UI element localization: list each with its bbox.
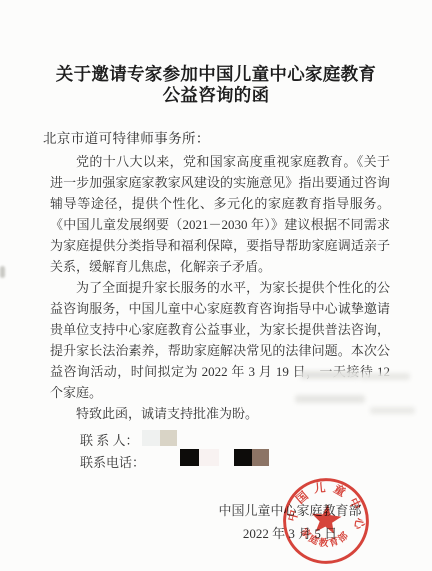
stamp-bottom-text: 家庭教育部	[297, 524, 353, 552]
redaction-phone-block-1	[180, 449, 199, 466]
redaction-phone-block-3	[252, 449, 269, 466]
body-paragraph-1: 党的十八大以来，党和国家高度重视家庭教育。《关于进一步加强家庭家教家风建设的实施…	[50, 151, 390, 277]
letter-page: 关于邀请专家参加中国儿童中心家庭教育公益咨询的函 北京市道可特律师事务所： 党的…	[0, 0, 432, 571]
document-title-text: 关于邀请专家参加中国儿童中心家庭教育公益咨询的函	[55, 64, 377, 106]
redaction-phone-blur	[199, 449, 219, 466]
official-stamp: 中国儿童中心 家庭教育部	[275, 470, 376, 571]
addressee-line: 北京市道可特律师事务所：	[43, 127, 210, 147]
body-paragraph-3: 特致此函，诚请支持批准为盼。	[50, 403, 390, 424]
document-title: 关于邀请专家参加中国儿童中心家庭教育公益咨询的函	[0, 64, 432, 106]
scan-artifact	[0, 266, 5, 278]
contact-block: 联 系 人： 联系电话：	[80, 430, 145, 474]
contact-phone-label: 联系电话：	[80, 452, 145, 474]
body-paragraph-2: 为了全面提升家长服务的水平，为家长提供个性化的公益咨询服务，中国儿童中心家庭教育…	[50, 277, 390, 403]
redaction-name-blur-1	[142, 430, 160, 446]
redaction-name-blur-2	[160, 430, 177, 446]
scan-artifact	[360, 373, 410, 380]
scan-artifact	[300, 371, 360, 379]
contact-person-label: 联 系 人：	[80, 430, 145, 452]
letter-body: 党的十八大以来，党和国家高度重视家庭教育。《关于进一步加强家庭家教家风建设的实施…	[50, 151, 390, 424]
scan-artifact	[370, 407, 415, 414]
svg-text:家庭教育部: 家庭教育部	[297, 524, 353, 552]
stamp-star-icon	[310, 503, 343, 534]
redaction-phone-block-2	[234, 449, 252, 466]
scan-artifact	[295, 395, 365, 403]
